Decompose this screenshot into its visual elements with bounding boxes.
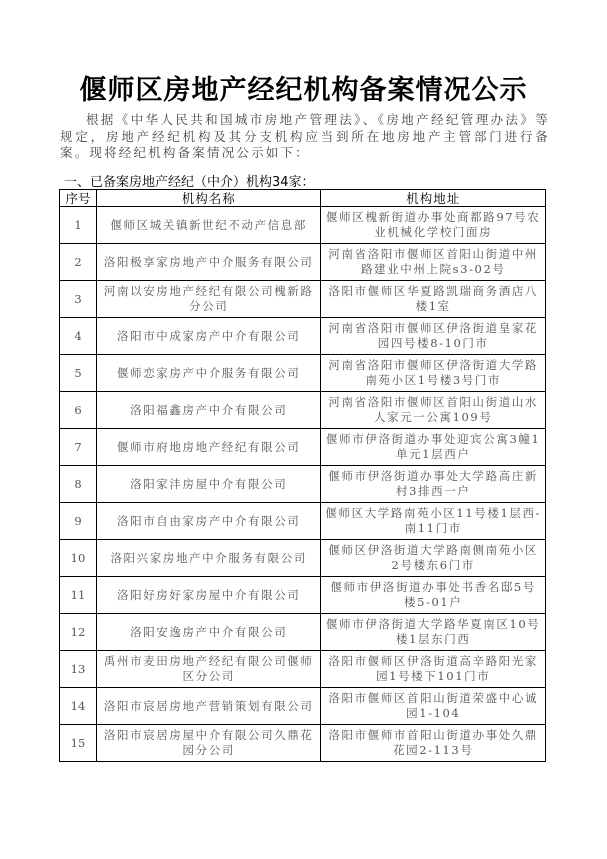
row-no: 11 bbox=[60, 577, 97, 614]
row-address: 洛阳市偃师区伊洛街道高辛路阳光家园1号楼下101门市 bbox=[321, 651, 546, 688]
row-no: 15 bbox=[60, 725, 97, 762]
table-row: 5偃师恋家房产中介服务有限公司河南省洛阳市偃师区伊洛街道大学路南苑小区1号楼3号… bbox=[60, 355, 546, 392]
header-name: 机构名称 bbox=[96, 190, 321, 207]
row-name: 偃师市府地房地产经纪有限公司 bbox=[96, 429, 321, 466]
table-row: 7偃师市府地房地产经纪有限公司偃师市伊洛街道办事处迎宾公寓3幢1单元1层西户 bbox=[60, 429, 546, 466]
row-no: 9 bbox=[60, 503, 97, 540]
table-row: 12洛阳安逸房产中介有限公司偃师市伊洛街道大学路华夏南区10号楼1层东门西 bbox=[60, 614, 546, 651]
page-title: 偃师区房地产经纪机构备案情况公示 bbox=[0, 68, 607, 107]
table-row: 10洛阳兴家房地产中介服务有限公司偃师区伊洛街道大学路南侧南苑小区2号楼东6门市 bbox=[60, 540, 546, 577]
table-row: 11洛阳好房好家房屋中介有限公司偃师市伊洛街道办事处书香名邸5号楼5-01户 bbox=[60, 577, 546, 614]
header-address: 机构地址 bbox=[321, 190, 546, 207]
row-name: 河南以安房地产经纪有限公司槐新路分公司 bbox=[96, 281, 321, 318]
table-row: 9洛阳市自由家房产中介有限公司偃师区大学路南苑小区11号楼1层西-南11门市 bbox=[60, 503, 546, 540]
row-name: 洛阳好房好家房屋中介有限公司 bbox=[96, 577, 321, 614]
row-address: 偃师市伊洛街道大学路华夏南区10号楼1层东门西 bbox=[321, 614, 546, 651]
row-no: 4 bbox=[60, 318, 97, 355]
row-address: 偃师区伊洛街道大学路南侧南苑小区2号楼东6门市 bbox=[321, 540, 546, 577]
row-name: 洛阳市宸居房地产营销策划有限公司 bbox=[96, 688, 321, 725]
row-name: 洛阳市中成家房产中介有限公司 bbox=[96, 318, 321, 355]
row-address: 洛阳市偃师区首阳山街道荣盛中心诚园1-104 bbox=[321, 688, 546, 725]
row-no: 7 bbox=[60, 429, 97, 466]
row-name: 偃师恋家房产中介服务有限公司 bbox=[96, 355, 321, 392]
row-name: 洛阳福鑫房产中介有限公司 bbox=[96, 392, 321, 429]
row-address: 洛阳市偃师区华夏路凯瑞商务酒店八楼1室 bbox=[321, 281, 546, 318]
row-no: 5 bbox=[60, 355, 97, 392]
row-address: 洛阳市偃师市首阳山街道办事处久鼎花园2-113号 bbox=[321, 725, 546, 762]
row-no: 6 bbox=[60, 392, 97, 429]
row-address: 河南省洛阳市偃师区伊洛街道大学路南苑小区1号楼3号门市 bbox=[321, 355, 546, 392]
row-no: 14 bbox=[60, 688, 97, 725]
intro-paragraph: 根据《中华人民共和国城市房地产管理法》、《房地产经纪管理办法》等规定，房地产经纪… bbox=[60, 112, 550, 162]
row-address: 河南省洛阳市偃师区首阳山街道山水人家元一公寓109号 bbox=[321, 392, 546, 429]
row-name: 偃师区城关镇新世纪不动产信息部 bbox=[96, 207, 321, 244]
row-no: 10 bbox=[60, 540, 97, 577]
row-address: 河南省洛阳市偃师区首阳山街道中州路建业中州上院s3-02号 bbox=[321, 244, 546, 281]
section-heading: 一、已备案房地产经纪（中介）机构34家： bbox=[64, 171, 315, 190]
row-no: 1 bbox=[60, 207, 97, 244]
table-row: 2洛阳极享家房地产中介服务有限公司河南省洛阳市偃师区首阳山街道中州路建业中州上院… bbox=[60, 244, 546, 281]
table-row: 3河南以安房地产经纪有限公司槐新路分公司洛阳市偃师区华夏路凯瑞商务酒店八楼1室 bbox=[60, 281, 546, 318]
row-address: 河南省洛阳市偃师区伊洛街道皇家花园四号楼8-10门市 bbox=[321, 318, 546, 355]
row-address: 偃师市伊洛街道办事处书香名邸5号楼5-01户 bbox=[321, 577, 546, 614]
row-address: 偃师市伊洛街道办事处大学路高庄新村3排西一户 bbox=[321, 466, 546, 503]
header-no: 序号 bbox=[60, 190, 97, 207]
table-header-row: 序号 机构名称 机构地址 bbox=[60, 190, 546, 207]
row-name: 洛阳市宸居房屋中介有限公司久鼎花园分公司 bbox=[96, 725, 321, 762]
row-name: 洛阳安逸房产中介有限公司 bbox=[96, 614, 321, 651]
table-row: 14洛阳市宸居房地产营销策划有限公司洛阳市偃师区首阳山街道荣盛中心诚园1-104 bbox=[60, 688, 546, 725]
table-row: 13禹州市麦田房地产经纪有限公司偃师区分公司洛阳市偃师区伊洛街道高辛路阳光家园1… bbox=[60, 651, 546, 688]
table-row: 8洛阳家沣房屋中介有限公司偃师市伊洛街道办事处大学路高庄新村3排西一户 bbox=[60, 466, 546, 503]
row-no: 13 bbox=[60, 651, 97, 688]
row-name: 洛阳市自由家房产中介有限公司 bbox=[96, 503, 321, 540]
table-row: 4洛阳市中成家房产中介有限公司河南省洛阳市偃师区伊洛街道皇家花园四号楼8-10门… bbox=[60, 318, 546, 355]
row-name: 洛阳家沣房屋中介有限公司 bbox=[96, 466, 321, 503]
row-no: 2 bbox=[60, 244, 97, 281]
table-row: 6洛阳福鑫房产中介有限公司河南省洛阳市偃师区首阳山街道山水人家元一公寓109号 bbox=[60, 392, 546, 429]
table-row: 15洛阳市宸居房屋中介有限公司久鼎花园分公司洛阳市偃师市首阳山街道办事处久鼎花园… bbox=[60, 725, 546, 762]
row-name: 洛阳兴家房地产中介服务有限公司 bbox=[96, 540, 321, 577]
row-no: 8 bbox=[60, 466, 97, 503]
agency-table: 序号 机构名称 机构地址 1偃师区城关镇新世纪不动产信息部偃师区槐新街道办事处商… bbox=[59, 189, 546, 762]
row-no: 12 bbox=[60, 614, 97, 651]
row-address: 偃师区槐新街道办事处商都路97号农业机械化学校门面房 bbox=[321, 207, 546, 244]
row-address: 偃师区大学路南苑小区11号楼1层西-南11门市 bbox=[321, 503, 546, 540]
row-name: 禹州市麦田房地产经纪有限公司偃师区分公司 bbox=[96, 651, 321, 688]
row-address: 偃师市伊洛街道办事处迎宾公寓3幢1单元1层西户 bbox=[321, 429, 546, 466]
table-row: 1偃师区城关镇新世纪不动产信息部偃师区槐新街道办事处商都路97号农业机械化学校门… bbox=[60, 207, 546, 244]
row-no: 3 bbox=[60, 281, 97, 318]
row-name: 洛阳极享家房地产中介服务有限公司 bbox=[96, 244, 321, 281]
